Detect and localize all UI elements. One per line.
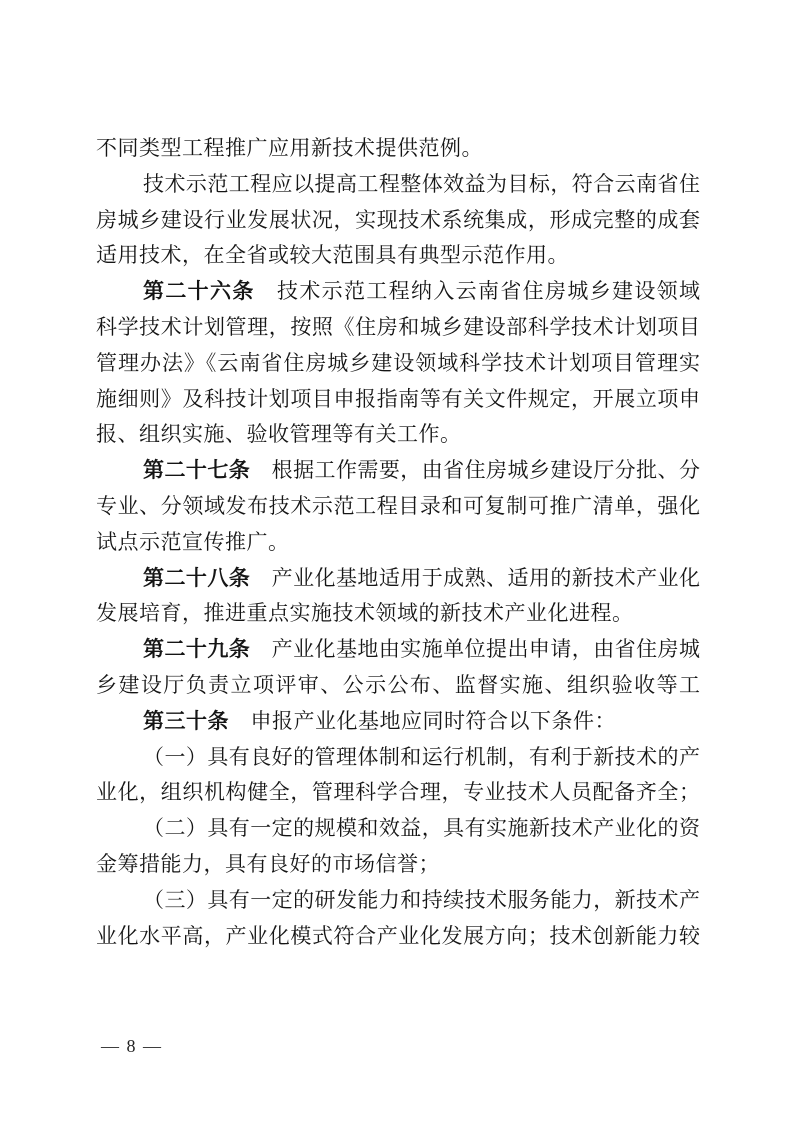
text-line: 业化水平高，产业化模式符合产业化发展方向；技术创新能力较 bbox=[96, 919, 700, 955]
line-text: （三）具有一定的研发能力和持续技术服务能力，新技术产 bbox=[143, 888, 700, 912]
line-text: 房城乡建设行业发展状况，实现技术系统集成，形成完整的成套 bbox=[96, 208, 700, 232]
line-text: 产业化基地适用于成熟、适用的新技术产业化 bbox=[250, 566, 700, 590]
line-text: 技术示范工程纳入云南省住房城乡建设领域 bbox=[255, 279, 700, 303]
line-text: 不同类型工程推广应用新技术提供范例。 bbox=[96, 136, 483, 160]
line-text: 发展培育，推进重点实施技术领域的新技术产业化进程。 bbox=[96, 601, 634, 625]
text-line: 技术示范工程应以提高工程整体效益为目标，符合云南省住 bbox=[96, 167, 700, 203]
article-number: 第三十条 bbox=[143, 709, 229, 733]
text-line: 发展培育，推进重点实施技术领域的新技术产业化进程。 bbox=[96, 596, 700, 632]
line-text: 业化水平高，产业化模式符合产业化发展方向；技术创新能力较 bbox=[96, 924, 700, 948]
text-line: 适用技术，在全省或较大范围具有典型示范作用。 bbox=[96, 238, 700, 274]
text-line: 房城乡建设行业发展状况，实现技术系统集成，形成完整的成套 bbox=[96, 203, 700, 239]
text-line: （一）具有良好的管理体制和运行机制，有利于新技术的产 bbox=[96, 740, 700, 776]
line-text: 科学技术计划管理，按照《住房和城乡建设部科学技术计划项目 bbox=[96, 315, 700, 339]
page-number: — 8 — bbox=[101, 1036, 163, 1057]
text-line: 第三十条 申报产业化基地应同时符合以下条件： bbox=[96, 704, 700, 740]
line-text: 试点示范宣传推广。 bbox=[96, 530, 290, 554]
line-text: （二）具有一定的规模和效益，具有实施新技术产业化的资 bbox=[143, 816, 700, 840]
text-line: 管理办法》《云南省住房城乡建设领域科学技术计划项目管理实 bbox=[96, 346, 700, 382]
line-text: 乡建设厅负责立项评审、公示公布、监督实施、组织验收等工作。 bbox=[96, 673, 700, 704]
article-number: 第二十九条 bbox=[143, 637, 250, 661]
text-line: 第二十六条 技术示范工程纳入云南省住房城乡建设领域 bbox=[96, 274, 700, 310]
line-text: 金筹措能力，具有良好的市场信誉； bbox=[96, 852, 440, 876]
text-line: 第二十八条 产业化基地适用于成熟、适用的新技术产业化 bbox=[96, 561, 700, 597]
text-line: 不同类型工程推广应用新技术提供范例。 bbox=[96, 131, 700, 167]
line-text: 报、组织实施、验收管理等有关工作。 bbox=[96, 422, 462, 446]
document-page: 不同类型工程推广应用新技术提供范例。 技术示范工程应以提高工程整体效益为目标，符… bbox=[0, 0, 794, 1123]
line-text: 产业化基地由实施单位提出申请，由省住房城 bbox=[250, 637, 700, 661]
text-line: 科学技术计划管理，按照《住房和城乡建设部科学技术计划项目 bbox=[96, 310, 700, 346]
document-body: 不同类型工程推广应用新技术提供范例。 技术示范工程应以提高工程整体效益为目标，符… bbox=[96, 131, 700, 954]
article-number: 第二十八条 bbox=[143, 566, 250, 590]
text-line: （二）具有一定的规模和效益，具有实施新技术产业化的资 bbox=[96, 811, 700, 847]
line-text: 申报产业化基地应同时符合以下条件： bbox=[229, 709, 616, 733]
text-line: 专业、分领域发布技术示范工程目录和可复制可推广清单，强化 bbox=[96, 489, 700, 525]
text-line: 试点示范宣传推广。 bbox=[96, 525, 700, 561]
text-line: 报、组织实施、验收管理等有关工作。 bbox=[96, 417, 700, 453]
line-text: 施细则》及科技计划项目申报指南等有关文件规定，开展立项申 bbox=[96, 387, 700, 411]
text-line: 施细则》及科技计划项目申报指南等有关文件规定，开展立项申 bbox=[96, 382, 700, 418]
text-line: 第二十九条 产业化基地由实施单位提出申请，由省住房城 bbox=[96, 632, 700, 668]
line-text: 适用技术，在全省或较大范围具有典型示范作用。 bbox=[96, 243, 569, 267]
text-line: 业化，组织机构健全，管理科学合理，专业技术人员配备齐全； bbox=[96, 775, 700, 811]
line-text: 管理办法》《云南省住房城乡建设领域科学技术计划项目管理实 bbox=[96, 351, 700, 375]
line-text: （一）具有良好的管理体制和运行机制，有利于新技术的产 bbox=[143, 745, 700, 769]
article-number: 第二十六条 bbox=[143, 279, 255, 303]
line-text: 根据工作需要，由省住房城乡建设厅分批、分 bbox=[250, 458, 700, 482]
line-text: 专业、分领域发布技术示范工程目录和可复制可推广清单，强化 bbox=[96, 494, 700, 518]
text-line: 金筹措能力，具有良好的市场信誉； bbox=[96, 847, 700, 883]
line-text: 业化，组织机构健全，管理科学合理，专业技术人员配备齐全； bbox=[96, 780, 700, 804]
text-line: 第二十七条 根据工作需要，由省住房城乡建设厅分批、分 bbox=[96, 453, 700, 489]
text-line: 乡建设厅负责立项评审、公示公布、监督实施、组织验收等工作。 bbox=[96, 668, 700, 704]
article-number: 第二十七条 bbox=[143, 458, 250, 482]
text-line: （三）具有一定的研发能力和持续技术服务能力，新技术产 bbox=[96, 883, 700, 919]
line-text: 技术示范工程应以提高工程整体效益为目标，符合云南省住 bbox=[143, 172, 700, 196]
